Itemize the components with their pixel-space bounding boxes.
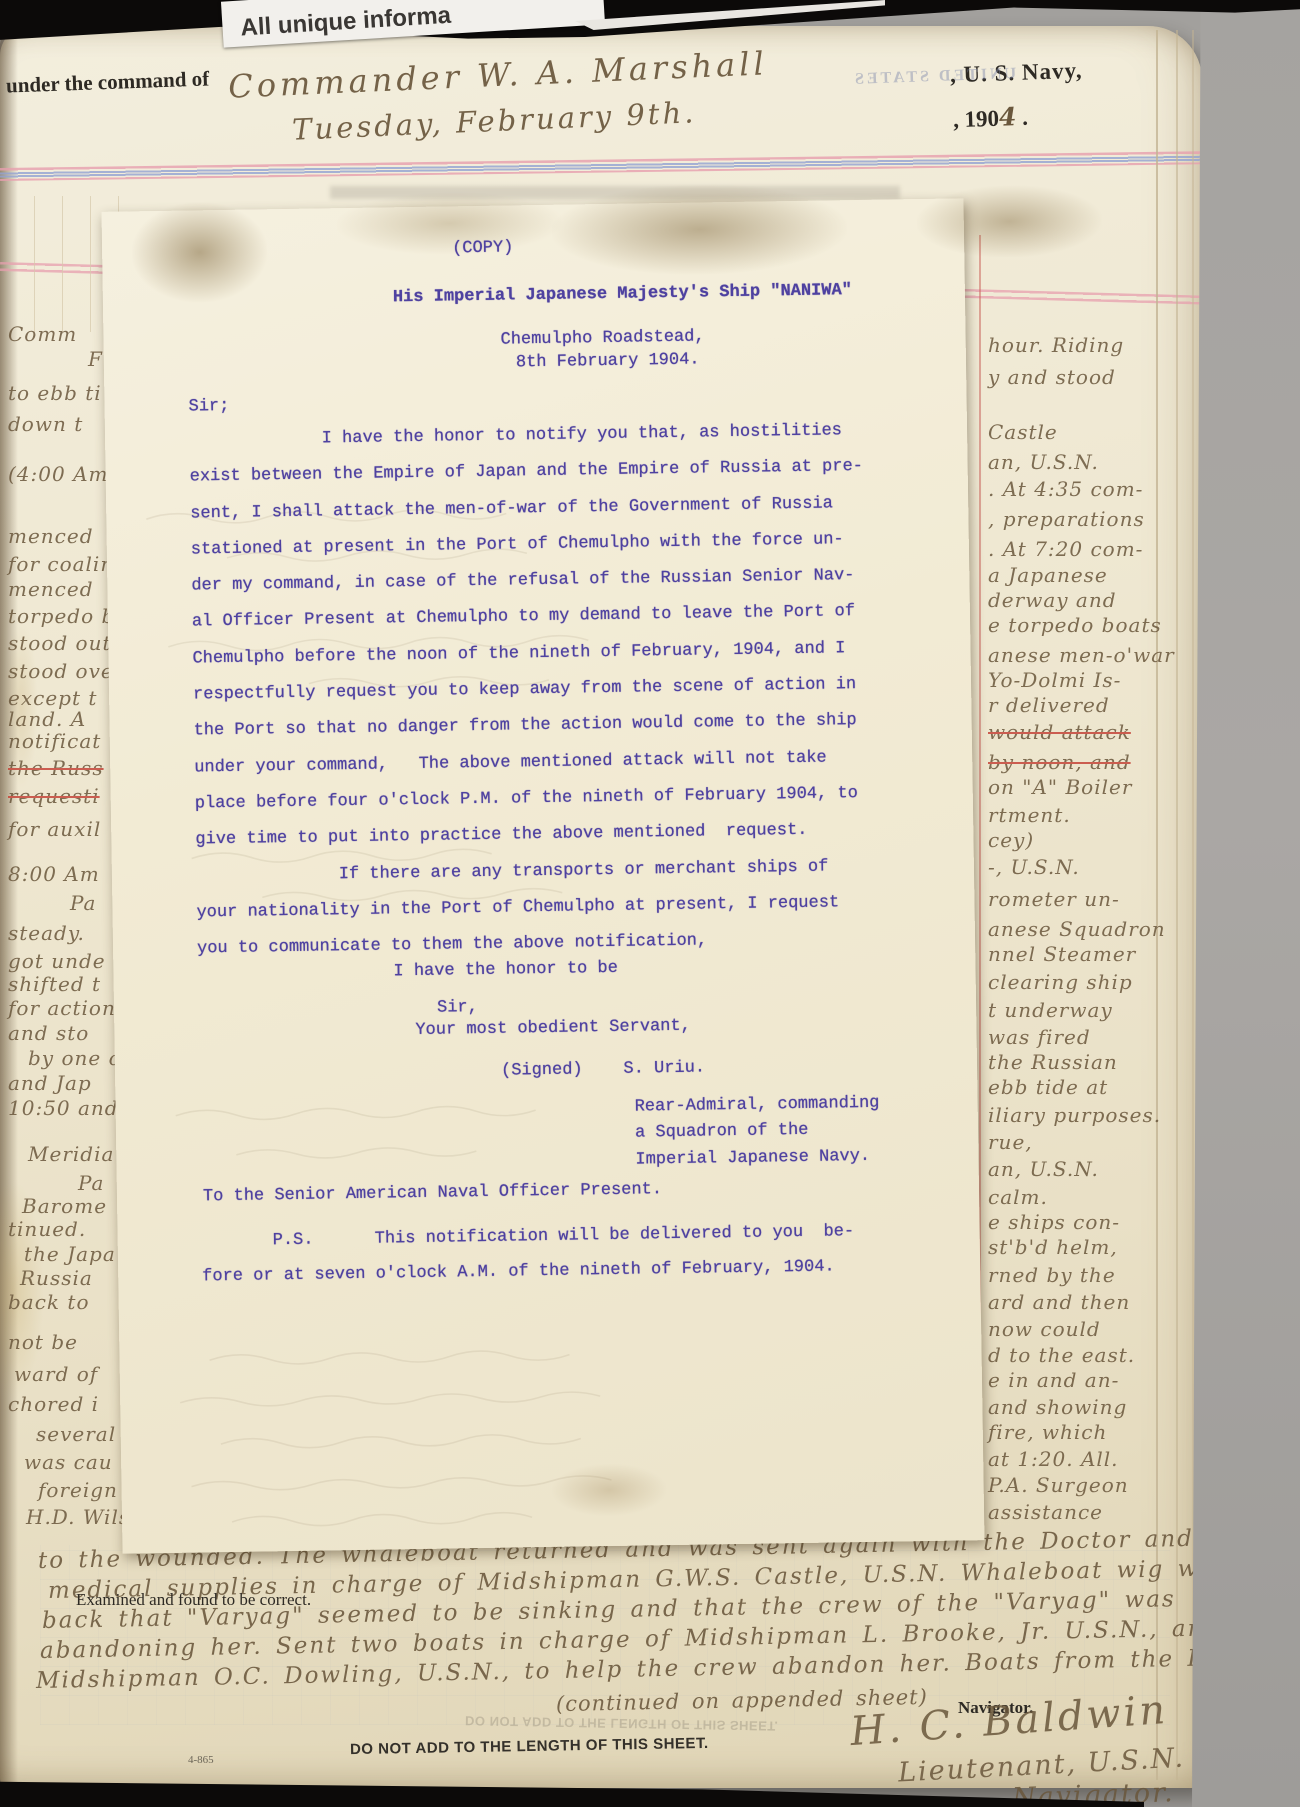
handwriting-fragment: -, U.S.N. — [988, 855, 1080, 879]
handwriting-fragment: rtment. — [988, 803, 1071, 827]
handwriting-fragment: stood ove — [8, 659, 114, 683]
handwriting-fragment: 10:50 and — [8, 1096, 119, 1120]
handwriting-fragment: Meridia — [28, 1142, 114, 1166]
handwriting-fragment: Castle — [988, 420, 1058, 444]
handwriting-fragment: tinued. — [8, 1217, 86, 1241]
handwriting-fragment: cey) — [988, 828, 1034, 852]
handwriting-fragment: and Jap — [8, 1071, 92, 1095]
letter-date-heading: 8th February 1904. — [516, 350, 700, 372]
handwriting-fragment: Pa — [70, 891, 96, 915]
handwriting-fragment: e ships con- — [988, 1210, 1120, 1234]
column-rule — [62, 196, 63, 332]
letter-copy-label: (COPY) — [452, 238, 514, 258]
handwriting-fragment: land. A — [8, 707, 86, 731]
letter-body: I have the honor to notify you that, as … — [189, 413, 871, 968]
form-number: 4-865 — [188, 1754, 214, 1766]
handwriting-fragment: and sto — [8, 1021, 89, 1045]
handwriting-fragment: iliary purposes. — [988, 1103, 1161, 1127]
pasted-letter: (COPY) His Imperial Japanese Majesty's S… — [102, 198, 985, 1553]
signature-block-line: a Squadron of the — [635, 1117, 880, 1147]
handwriting-fragment: was fired — [988, 1025, 1091, 1049]
printed-year-line: , 1904 . — [953, 102, 1029, 134]
handwriting-fragment: back to — [8, 1290, 89, 1314]
handwriting-fragment: several — [36, 1422, 116, 1446]
page-edge-line — [1156, 30, 1158, 1780]
letter-place-heading: Chemulpho Roadstead, — [500, 327, 704, 349]
handwriting-fragment: anese Squadron — [988, 917, 1166, 941]
handwriting-fragment: rometer un- — [988, 887, 1120, 911]
signature-block-line: Rear-Admiral, commanding — [634, 1091, 879, 1121]
handwriting-fragment: Barome — [22, 1194, 107, 1218]
handwriting-fragment: Yo-Dolmi Is- — [988, 668, 1121, 692]
handwriting-fragment: e in and an- — [988, 1368, 1119, 1392]
handwriting-fragment: was cau — [24, 1450, 113, 1474]
handwriting-fragment: nnel Steamer — [988, 942, 1136, 966]
handwriting-fragment: calm. — [988, 1185, 1048, 1209]
handwriting-fragment: d to the east. — [988, 1343, 1135, 1367]
handwriting-fragment: to ebb ti — [8, 381, 102, 405]
handwriting-fragment: derway and — [988, 588, 1117, 612]
printed-year-period: . — [1016, 105, 1028, 130]
handwriting-fragment: 8:00 Am — [8, 862, 100, 886]
handwriting-fragment: by noon, and — [988, 750, 1131, 774]
handwriting-fragment: shifted t — [8, 972, 101, 996]
handwriting-fragment: an, U.S.N. — [988, 1157, 1099, 1181]
handwriting-fragment: down t — [8, 412, 83, 436]
handwriting-fragment: assistance — [988, 1500, 1103, 1524]
handwriting-fragment: Comm — [8, 322, 77, 346]
handwriting-fragment: and showing — [988, 1395, 1127, 1419]
handwriting-fragment: for coalin — [8, 552, 114, 576]
letter-signature-block: Rear-Admiral, commandinga Squadron of th… — [634, 1091, 880, 1174]
page-edge-line — [1176, 30, 1178, 1780]
handwriting-fragment: torpedo b — [8, 604, 115, 628]
handwriting-fragment: t underway — [988, 998, 1113, 1022]
handwriting-fragment: now could — [988, 1317, 1101, 1341]
logbook-scan-photo: under the command of Commander W. A. Mar… — [0, 0, 1300, 1807]
handwriting-fragment: Pa — [78, 1171, 104, 1195]
handwriting-fragment: a Japanese — [988, 563, 1108, 587]
handwriting-fragment: the Russ — [8, 756, 104, 780]
handwriting-fragment: r delivered — [988, 693, 1110, 717]
handwriting-fragment: clearing ship — [988, 970, 1133, 994]
year-digit-handwriting: 4 — [998, 102, 1016, 132]
handwriting-fragment: for auxil — [8, 817, 101, 841]
handwriting-fragment: fire, which — [988, 1420, 1107, 1444]
handwriting-fragment: requesti — [8, 784, 100, 808]
handwriting-fragment: e torpedo boats — [988, 613, 1162, 637]
letter-salutation: Sir; — [188, 397, 229, 417]
signature-block-line: Imperial Japanese Navy. — [635, 1143, 880, 1173]
letter-closing-honor: I have the honor to be — [393, 959, 618, 982]
handwriting-fragment: . At 7:20 com- — [988, 537, 1143, 561]
handwriting-fragment: rned by the — [988, 1263, 1116, 1287]
handwriting-fragment: menced — [8, 524, 94, 548]
handwriting-fragment: stood out. — [8, 631, 119, 655]
handwriting-fragment: at 1:20. All. — [988, 1447, 1119, 1471]
handwriting-fragment: Russia — [20, 1266, 93, 1290]
handwriting-fragment: ward of — [14, 1362, 98, 1386]
handwriting-fragment: got unde — [8, 949, 106, 973]
letter-signed-line: (Signed) S. Uriu. — [501, 1058, 705, 1080]
letter-closing-sir: Sir, — [437, 998, 478, 1018]
handwriting-fragment: anese men-o'war — [988, 643, 1175, 667]
column-rule — [34, 196, 35, 332]
photo-background — [1192, 0, 1300, 1807]
book-gutter-shadow — [0, 26, 18, 1788]
handwriting-fragment: steady. — [8, 921, 85, 945]
handwriting-fragment: menced — [8, 577, 94, 601]
printed-190: , 190 — [953, 106, 1000, 133]
handwriting-fragment: , preparations — [988, 507, 1145, 531]
handwriting-fragment: st'b'd helm, — [988, 1235, 1118, 1259]
handwriting-fragment: the Japa — [24, 1242, 116, 1266]
handwriting-fragment: on "A" Boiler — [988, 775, 1132, 799]
handwriting-fragment: hour. Riding — [988, 333, 1124, 357]
showthrough-header-band — [330, 186, 900, 199]
handwriting-fragment: by one o — [28, 1046, 122, 1070]
handwriting-fragment: y and stood — [988, 365, 1116, 389]
handwriting-fragment: F — [88, 347, 103, 371]
handwriting-fragment: an, U.S.N. — [988, 450, 1099, 474]
handwriting-fragment: ebb tide at — [988, 1075, 1108, 1099]
handwriting-fragment: . At 4:35 com- — [988, 477, 1143, 501]
handwriting-fragment: ard and then — [988, 1290, 1130, 1314]
handwriting-fragment: rue, — [988, 1130, 1033, 1154]
handwriting-fragment: notificat — [8, 729, 101, 753]
column-rule — [90, 196, 91, 332]
handwriting-fragment: would attack — [988, 720, 1131, 744]
handwriting-fragment: (4:00 Am — [8, 462, 108, 486]
handwriting-fragment: not be — [8, 1330, 78, 1354]
handwriting-fragment: the Russian — [988, 1050, 1118, 1074]
handwriting-fragment: for action — [8, 996, 116, 1020]
handwriting-fragment: chored i — [8, 1392, 99, 1416]
handwriting-fragment: foreign — [38, 1478, 118, 1502]
handwriting-fragment: P.A. Surgeon — [988, 1473, 1129, 1497]
examined-correct-label: Examined and found to be correct. — [76, 1590, 311, 1610]
